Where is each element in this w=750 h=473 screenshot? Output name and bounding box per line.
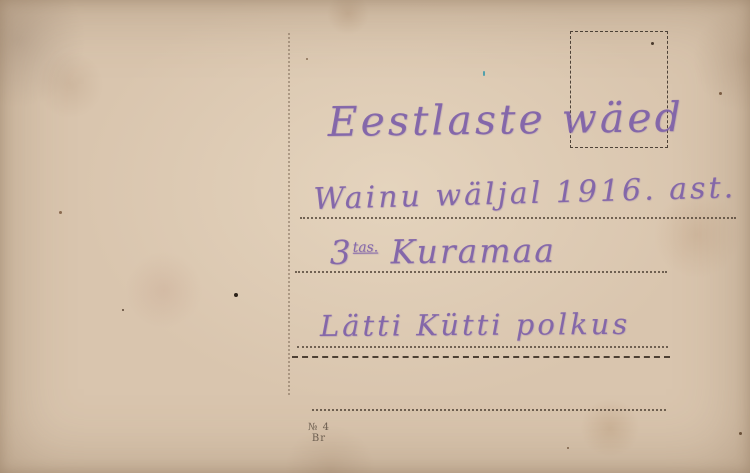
handwriting-line-3-word: Kuramaa: [378, 231, 556, 272]
paper-speck: [234, 293, 238, 297]
address-rule-1: [300, 217, 736, 219]
paper-speck: [739, 432, 742, 435]
paper-speck: [306, 58, 308, 60]
address-rule-4: [312, 409, 666, 411]
handwriting-line-3-number: 3: [330, 233, 353, 272]
address-rule-3: [297, 346, 668, 348]
paper-speck: [719, 92, 722, 95]
ink-fleck-blue: [483, 71, 485, 76]
printer-mark: № 4 Br: [299, 422, 339, 444]
paper-speck: [59, 211, 62, 214]
address-rule-3-double: [292, 356, 670, 358]
handwriting-line-3-superscript: tas.: [353, 239, 379, 255]
printer-mark-bottom: Br: [299, 433, 339, 444]
printer-mark-top: № 4: [299, 422, 339, 433]
postcard-back-photo: Eestlaste wäed Wainu wäljal 1916. ast. 3…: [0, 0, 750, 473]
handwriting-line-1: Eestlaste wäed: [327, 93, 684, 146]
handwriting-line-4: Lätti Kütti polkus: [320, 307, 631, 343]
paper-speck: [651, 42, 654, 45]
address-divider-line: [288, 33, 290, 395]
paper-speck: [567, 447, 569, 449]
handwriting-line-2: Wainu wäljal 1916. ast.: [313, 170, 736, 217]
paper-speck: [122, 309, 124, 311]
handwriting-line-3: 3tas. Kuramaa: [330, 231, 557, 272]
